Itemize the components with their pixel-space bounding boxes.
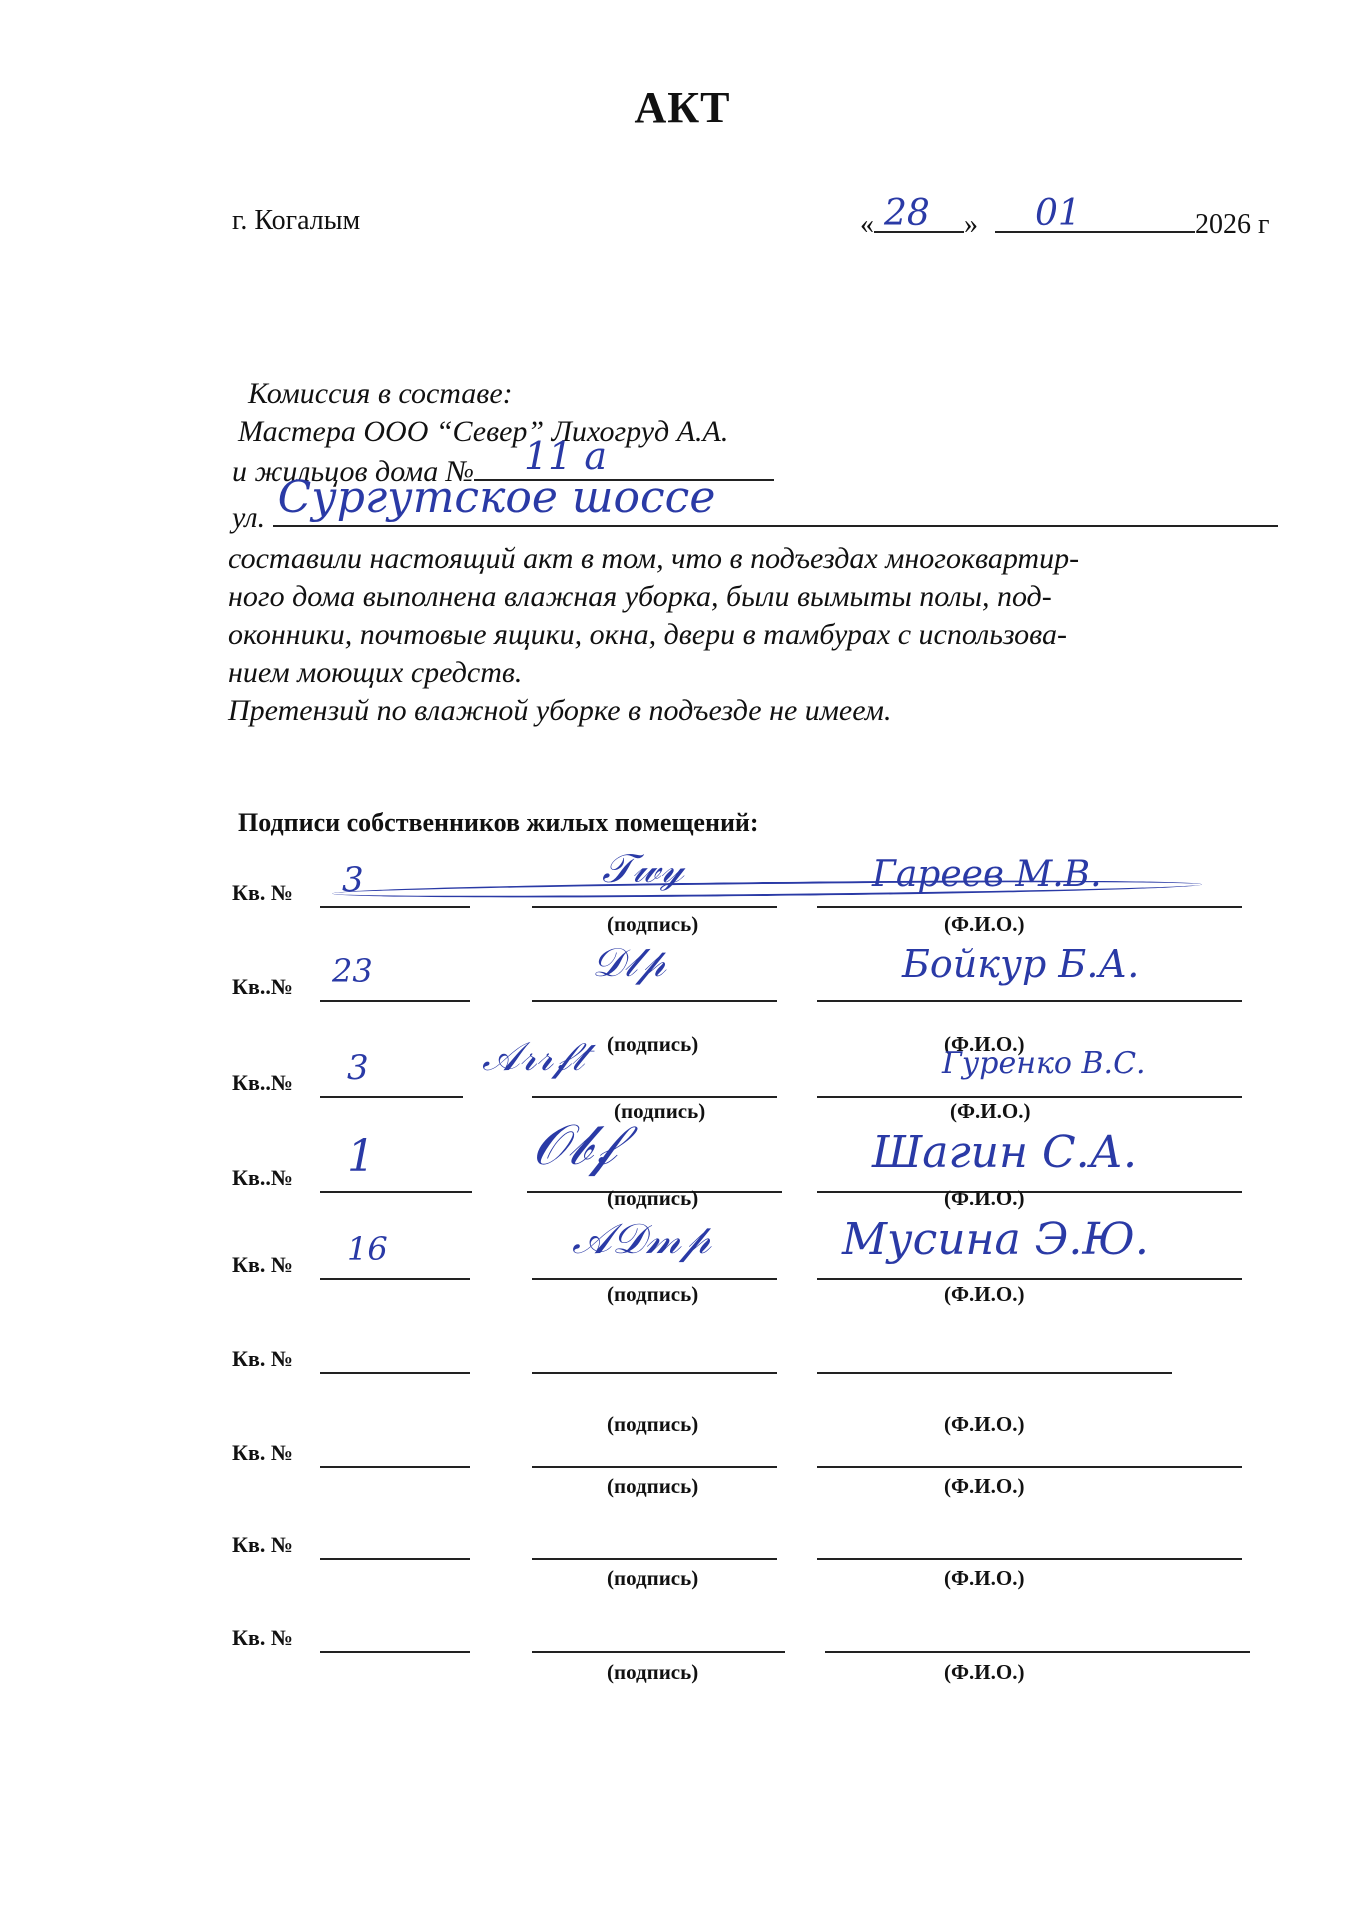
day-handwritten: 28 — [884, 193, 930, 234]
apartment-handwritten: 1 — [347, 1131, 375, 1182]
city: г. Когалым — [232, 205, 360, 237]
fio-handwritten: Мусина Э.Ю. — [842, 1214, 1149, 1265]
signature-field — [532, 906, 777, 908]
street-label: ул. — [232, 501, 265, 534]
signatures-heading: Подписи собственников жилых помещений: — [238, 808, 759, 838]
day-field: 28 — [874, 205, 964, 233]
month-field: 01 — [995, 205, 1195, 233]
street-field: Сургутское шоссе — [273, 497, 1278, 527]
signature-row: Кв..№ 23 𝒟𝓁𝓅 Бойкур Б.А. — [232, 962, 1312, 1002]
signature-field[interactable] — [532, 1372, 777, 1374]
signature-row: Кв..№ 1 𝒪𝒷𝒻 Шагин С.А. — [232, 1153, 1312, 1193]
signature-caption: (подпись) — [607, 912, 698, 937]
fio-field[interactable] — [817, 1372, 1172, 1374]
fio-field — [817, 1000, 1242, 1002]
apartment-handwritten: 16 — [347, 1230, 388, 1268]
fio-caption: (Ф.И.О.) — [944, 1282, 1024, 1307]
signature-caption: (подпись) — [607, 1566, 698, 1591]
fio-field — [817, 1191, 1242, 1193]
fio-field[interactable] — [817, 1558, 1242, 1560]
fio-caption: (Ф.И.О.) — [944, 1474, 1024, 1499]
house-number-handwritten: 11 а — [524, 437, 607, 475]
signature-row: Кв..№ 3 𝒜𝓇𝓇𝒻𝓉 Гуренко В.С. — [232, 1058, 1312, 1098]
apartment-label: Кв. № — [232, 1440, 293, 1466]
fio-handwritten: Гуренко В.С. — [942, 1046, 1146, 1081]
signature-field — [532, 1096, 777, 1098]
signature-row: Кв. № 3 𝒯𝓌𝓎 Гареев М.В. — [232, 868, 1312, 908]
strikethrough-mark — [332, 877, 1202, 900]
street-line: ул. Сургутское шоссе — [232, 497, 1278, 537]
body-line: составили настоящий акт в том, что в под… — [228, 540, 1288, 578]
act-body: составили настоящий акт в том, что в под… — [228, 540, 1288, 730]
signature-field — [532, 1000, 777, 1002]
apartment-field — [320, 906, 470, 908]
apartment-field[interactable] — [320, 1372, 470, 1374]
fio-caption: (Ф.И.О.) — [944, 1566, 1024, 1591]
month-handwritten: 01 — [1035, 193, 1081, 234]
fio-caption: (Ф.И.О.) — [944, 1186, 1024, 1211]
apartment-label: Кв. № — [232, 880, 293, 906]
signature-caption: (подпись) — [607, 1032, 698, 1057]
apartment-field — [320, 1191, 472, 1193]
apartment-label: Кв. № — [232, 1346, 293, 1372]
master-line: Мастера ООО “Север” Лихогруд А.А. — [238, 413, 728, 451]
signature-scribble-icon: 𝒟𝓁𝓅 — [592, 940, 666, 986]
signature-scribble-icon: 𝒜𝒟𝓂𝓅 — [572, 1214, 711, 1264]
open-quote: « — [860, 209, 874, 240]
apartment-label: Кв..№ — [232, 974, 293, 1000]
fio-handwritten: Бойкур Б.А. — [902, 942, 1139, 986]
apartment-label: Кв..№ — [232, 1165, 293, 1191]
fio-caption: (Ф.И.О.) — [944, 912, 1024, 937]
signature-row: Кв. № — [232, 1613, 1312, 1653]
body-line: нием моющих средств. — [228, 654, 1288, 692]
signature-scribble-icon: 𝒪𝒷𝒻 — [532, 1113, 616, 1179]
apartment-field — [320, 1278, 470, 1280]
apartment-handwritten: 23 — [332, 952, 373, 990]
close-quote: » — [964, 209, 978, 240]
fio-caption: (Ф.И.О.) — [944, 1660, 1024, 1685]
fio-field — [817, 1278, 1242, 1280]
fio-caption: (Ф.И.О.) — [950, 1099, 1030, 1124]
apartment-field[interactable] — [320, 1558, 470, 1560]
apartment-field — [320, 1000, 470, 1002]
claims-statement: Претензий по влажной уборке в подъезде н… — [228, 692, 1288, 730]
year-suffix: г — [1258, 209, 1269, 240]
signature-caption: (подпись) — [607, 1186, 698, 1211]
commission-heading: Комиссия в составе: — [248, 375, 513, 413]
signature-row: Кв. № 16 𝒜𝒟𝓂𝓅 Мусина Э.Ю. — [232, 1240, 1312, 1280]
date: «28» 012026 г — [860, 205, 1269, 241]
apartment-label: Кв. № — [232, 1625, 293, 1651]
fio-handwritten: Шагин С.А. — [872, 1127, 1137, 1178]
street-handwritten: Сургутское шоссе — [278, 479, 716, 517]
signature-caption: (подпись) — [607, 1660, 698, 1685]
apartment-label: Кв. № — [232, 1252, 293, 1278]
apartment-field[interactable] — [320, 1466, 470, 1468]
fio-field — [817, 1096, 1242, 1098]
fio-field[interactable] — [817, 1466, 1242, 1468]
apartment-field — [320, 1096, 463, 1098]
document-title: АКТ — [0, 82, 1365, 133]
signature-caption: (подпись) — [607, 1282, 698, 1307]
body-line: оконники, почтовые ящики, окна, двери в … — [228, 616, 1288, 654]
apartment-label: Кв. № — [232, 1532, 293, 1558]
signature-caption: (подпись) — [607, 1474, 698, 1499]
signature-field[interactable] — [532, 1651, 785, 1653]
signature-field — [532, 1278, 777, 1280]
apartment-handwritten: 3 — [347, 1048, 369, 1088]
fio-field — [817, 906, 1242, 908]
signature-row: Кв. № — [232, 1334, 1312, 1374]
apartment-label: Кв..№ — [232, 1070, 293, 1096]
body-line: ного дома выполнена влажная уборка, были… — [228, 578, 1288, 616]
signature-row: Кв. № — [232, 1520, 1312, 1560]
fio-field[interactable] — [825, 1651, 1250, 1653]
signature-field[interactable] — [532, 1558, 777, 1560]
signature-field[interactable] — [532, 1466, 777, 1468]
year: 2026 — [1195, 209, 1251, 240]
apartment-field[interactable] — [320, 1651, 470, 1653]
signature-row: Кв. № — [232, 1428, 1312, 1468]
signature-scribble-icon: 𝒜𝓇𝓇𝒻𝓉 — [482, 1034, 585, 1080]
signature-caption: (подпись) — [614, 1099, 705, 1124]
